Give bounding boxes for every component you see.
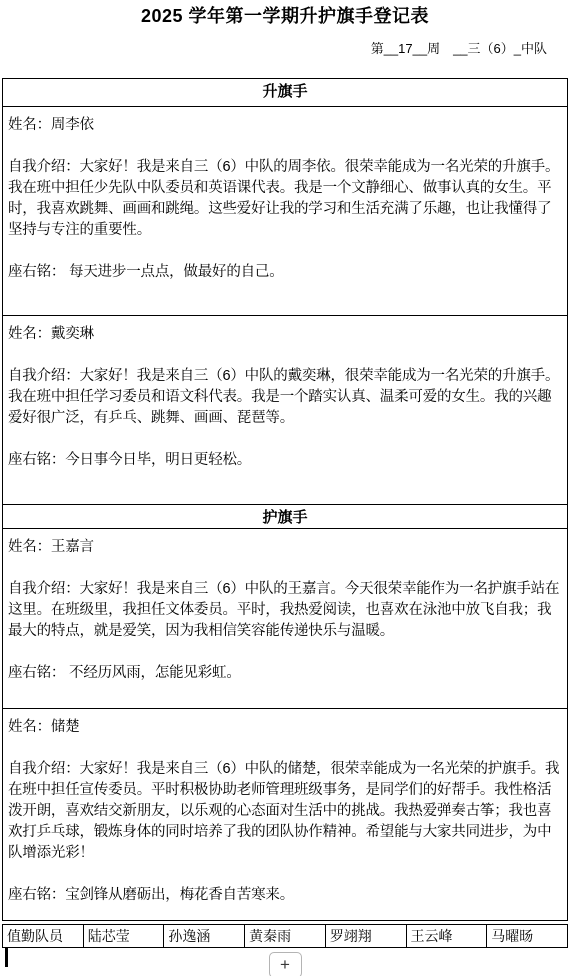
motto-line: 座右铭： 每天进步一点点，做最好的自己。 <box>8 262 561 283</box>
intro-label: 自我介绍： <box>8 581 80 597</box>
duty-member-cell[interactable]: 罗翊翔 <box>325 925 406 948</box>
member-motto: 宝剑锋从磨砺出，梅花香自苦寒来。 <box>65 887 294 903</box>
motto-line: 座右铭：今日事今日毕，明日更轻松。 <box>8 450 561 471</box>
name-line: 姓名：周李依 <box>8 115 561 136</box>
name-label: 姓名： <box>8 539 51 555</box>
motto-label: 座右铭： <box>8 665 65 681</box>
week-class-line: 第__17__周 __三（6）_中队 <box>0 40 570 57</box>
motto-line: 座右铭：宝剑锋从磨砺出，梅花香自苦寒来。 <box>8 885 561 906</box>
name-label: 姓名： <box>8 719 51 735</box>
duty-label-cell[interactable]: 值勤队员 <box>3 925 84 948</box>
intro-label: 自我介绍： <box>8 159 80 175</box>
member-cell-wangjiayan[interactable]: 姓名：王嘉言 自我介绍：大家好！我是来自三（6）中队的王嘉言。今天很荣幸能作为一… <box>3 529 568 709</box>
member-intro: 大家好！我是来自三（6）中队的王嘉言。今天很荣幸能作为一名护旗手站在这里。在班级… <box>8 581 559 639</box>
member-motto: 每天进步一点点，做最好的自己。 <box>65 264 283 280</box>
duty-member-cell[interactable]: 陆芯莹 <box>83 925 164 948</box>
member-intro: 大家好！我是来自三（6）中队的储楚，很荣幸能成为一名光荣的护旗手。我在班中担任宣… <box>8 761 559 861</box>
member-cell-chuchu[interactable]: 姓名：储楚 自我介绍：大家好！我是来自三（6）中队的储楚，很荣幸能成为一名光荣的… <box>3 709 568 921</box>
member-motto: 今日事今日毕，明日更轻松。 <box>65 452 251 468</box>
section-header-flag-raisers: 升旗手 <box>3 79 568 107</box>
motto-line: 座右铭： 不经历风雨，怎能见彩虹。 <box>8 663 561 684</box>
duty-member-cell[interactable]: 马曜旸 <box>487 925 568 948</box>
duty-roster-row: 值勤队员 陆芯莹 孙逸涵 黄秦雨 罗翊翔 王云峰 马曜旸 <box>3 925 568 948</box>
member-intro: 大家好！我是来自三（6）中队的周李依。很荣幸能成为一名光荣的升旗手。我在班中担任… <box>8 159 559 238</box>
duty-member-cell[interactable]: 孙逸涵 <box>164 925 245 948</box>
member-intro: 大家好！我是来自三（6）中队的戴奕琳，很荣幸能成为一名光荣的升旗手。我在班中担任… <box>8 368 559 426</box>
member-cell-daiyilin[interactable]: 姓名：戴奕琳 自我介绍：大家好！我是来自三（6）中队的戴奕琳，很荣幸能成为一名光… <box>3 316 568 505</box>
name-label: 姓名： <box>8 326 51 342</box>
member-name: 周李依 <box>51 117 94 133</box>
intro-label: 自我介绍： <box>8 761 80 777</box>
member-name: 王嘉言 <box>51 539 94 555</box>
intro-line: 自我介绍：大家好！我是来自三（6）中队的王嘉言。今天很荣幸能作为一名护旗手站在这… <box>8 579 561 642</box>
member-motto: 不经历风雨，怎能见彩虹。 <box>65 665 240 681</box>
motto-label: 座右铭： <box>8 264 65 280</box>
member-name: 储楚 <box>51 719 80 735</box>
name-label: 姓名： <box>8 117 51 133</box>
motto-label: 座右铭： <box>8 452 65 468</box>
name-line: 姓名：王嘉言 <box>8 537 561 558</box>
duty-member-cell[interactable]: 王云峰 <box>406 925 487 948</box>
duty-member-cell[interactable]: 黄秦雨 <box>245 925 326 948</box>
text-cursor <box>5 948 8 967</box>
document-page: 2025 学年第一学期升护旗手登记表 第__17__周 __三（6）_中队 升旗… <box>0 0 570 976</box>
motto-label: 座右铭： <box>8 887 65 903</box>
intro-line: 自我介绍：大家好！我是来自三（6）中队的周李依。很荣幸能成为一名光荣的升旗手。我… <box>8 157 561 241</box>
name-line: 姓名：储楚 <box>8 717 561 738</box>
registration-table: 升旗手 姓名：周李依 自我介绍：大家好！我是来自三（6）中队的周李依。很荣幸能成… <box>2 78 568 921</box>
page-title: 2025 学年第一学期升护旗手登记表 <box>0 0 570 28</box>
duty-roster-table: 值勤队员 陆芯莹 孙逸涵 黄秦雨 罗翊翔 王云峰 马曜旸 <box>2 924 568 948</box>
name-line: 姓名：戴奕琳 <box>8 324 561 345</box>
member-cell-zhouliyi[interactable]: 姓名：周李依 自我介绍：大家好！我是来自三（6）中队的周李依。很荣幸能成为一名光… <box>3 107 568 316</box>
add-row-button[interactable]: + <box>269 952 302 976</box>
member-name: 戴奕琳 <box>51 326 94 342</box>
intro-label: 自我介绍： <box>8 368 80 384</box>
intro-line: 自我介绍：大家好！我是来自三（6）中队的戴奕琳，很荣幸能成为一名光荣的升旗手。我… <box>8 366 561 429</box>
section-header-flag-guards: 护旗手 <box>3 505 568 529</box>
intro-line: 自我介绍：大家好！我是来自三（6）中队的储楚，很荣幸能成为一名光荣的护旗手。我在… <box>8 759 561 864</box>
